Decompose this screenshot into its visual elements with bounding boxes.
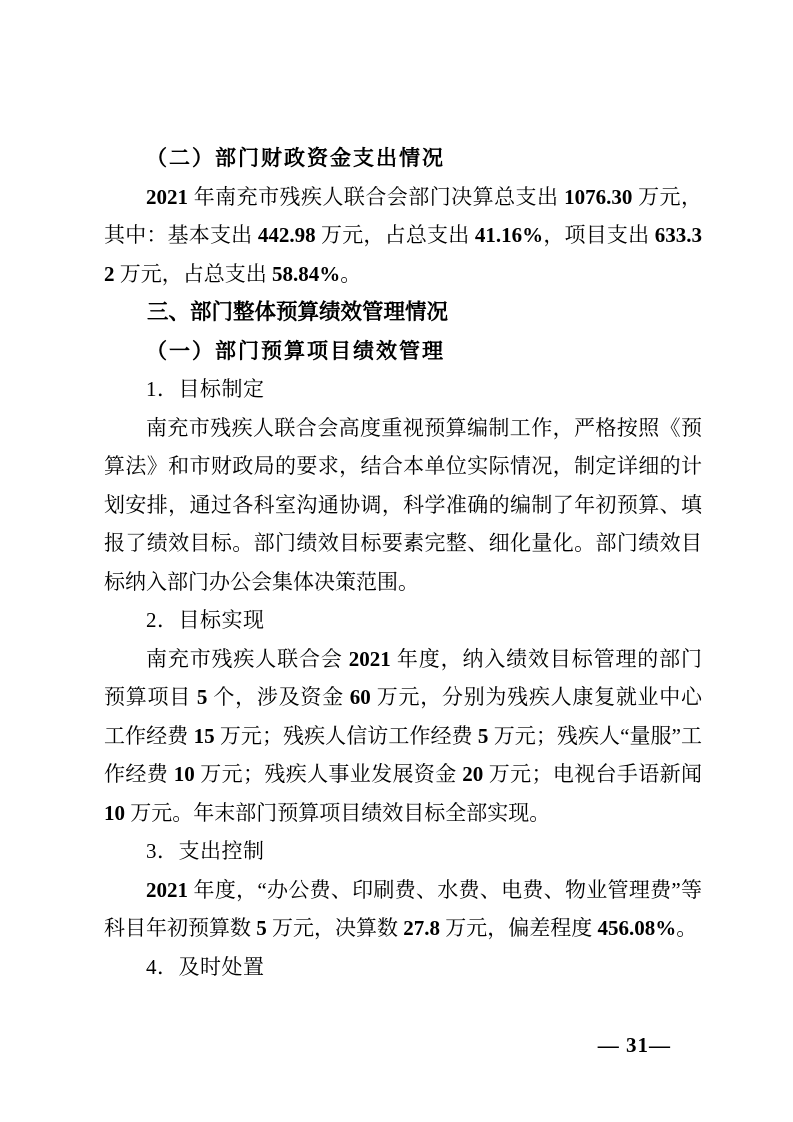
figure-value: 58.84% [272, 262, 340, 286]
figure-value: 2021 [146, 878, 188, 902]
text-run: 2．目标实现 [146, 608, 265, 632]
text-run: 万元；残疾人信访工作经费 [215, 724, 478, 748]
text-run: 南充市残疾人联合会高度重视预算编制工作，严格按照《预算法》和市财政局的要求，结合… [104, 416, 702, 594]
figure-value: 20 [462, 762, 483, 786]
figure-value: 456.08% [598, 916, 677, 940]
item-heading-goal-achievement: 2．目标实现 [104, 601, 702, 640]
figure-value: （二）部门财政资金支出情况 [146, 146, 445, 170]
figure-value: 2021 [146, 185, 188, 209]
text-run: 年南充市残疾人联合会部门决算总支出 [188, 185, 564, 209]
figure-value: 2021 [349, 647, 391, 671]
paragraph-goal-setting: 南充市残疾人联合会高度重视预算编制工作，严格按照《预算法》和市财政局的要求，结合… [104, 409, 702, 602]
figure-value: 10 [174, 762, 195, 786]
paragraph-expenditure-summary: 2021 年南充市残疾人联合会部门决算总支出 1076.30 万元，其中：基本支… [104, 178, 702, 294]
text-run: ，项目支出 [543, 223, 655, 247]
figure-value: 442.98 [258, 223, 316, 247]
text-run: 万元，占总支出 [115, 262, 273, 286]
text-run: 1．目标制定 [146, 377, 265, 401]
figure-value: 5 [256, 916, 267, 940]
paragraph-expenditure-control: 2021 年度，“办公费、印刷费、水费、电费、物业管理费”等科目年初预算数 5 … [104, 871, 702, 948]
section-heading-performance-management: 三、部门整体预算绩效管理情况 [104, 293, 702, 332]
figure-value: 60 [350, 685, 371, 709]
figure-value: 15 [194, 724, 215, 748]
text-run: 个，涉及资金 [207, 685, 349, 709]
text-run: 三、部门整体预算绩效管理情况 [147, 300, 448, 324]
text-run: 万元；残疾人事业发展资金 [195, 762, 463, 786]
text-run: 万元，偏差程度 [440, 916, 598, 940]
text-run: 南充市残疾人联合会 [146, 647, 349, 671]
text-run: 。 [676, 916, 697, 940]
item-heading-goal-setting: 1．目标制定 [104, 370, 702, 409]
text-run: 3．支出控制 [146, 839, 265, 863]
item-heading-timely-disposal: 4．及时处置 [104, 948, 702, 987]
figure-value: 1076.30 [564, 185, 632, 209]
figure-value: 10 [104, 801, 125, 825]
subsection-heading-expenditure: （二）部门财政资金支出情况 [104, 139, 702, 178]
figure-value: 27.8 [403, 916, 440, 940]
item-heading-expenditure-control: 3．支出控制 [104, 832, 702, 871]
figure-value: 5 [478, 724, 489, 748]
document-page: （二）部门财政资金支出情况2021 年南充市残疾人联合会部门决算总支出 1076… [0, 0, 793, 1122]
text-run: 万元，占总支出 [316, 223, 475, 247]
subsection-heading-project-performance: （一）部门预算项目绩效管理 [104, 332, 702, 371]
figure-value: （一）部门预算项目绩效管理 [146, 339, 445, 363]
text-run: 万元；电视台手语新闻 [483, 762, 702, 786]
document-body: （二）部门财政资金支出情况2021 年南充市残疾人联合会部门决算总支出 1076… [104, 139, 702, 986]
paragraph-goal-achievement: 南充市残疾人联合会 2021 年度，纳入绩效目标管理的部门预算项目 5 个，涉及… [104, 640, 702, 833]
page-number: — 31— [598, 1033, 671, 1058]
text-run: 。 [340, 262, 361, 286]
text-run: 万元，决算数 [267, 916, 404, 940]
text-run: 4．及时处置 [146, 955, 265, 979]
text-run: 万元。年末部门预算项目绩效目标全部实现。 [125, 801, 550, 825]
figure-value: 41.16% [475, 223, 543, 247]
figure-value: 5 [197, 685, 208, 709]
